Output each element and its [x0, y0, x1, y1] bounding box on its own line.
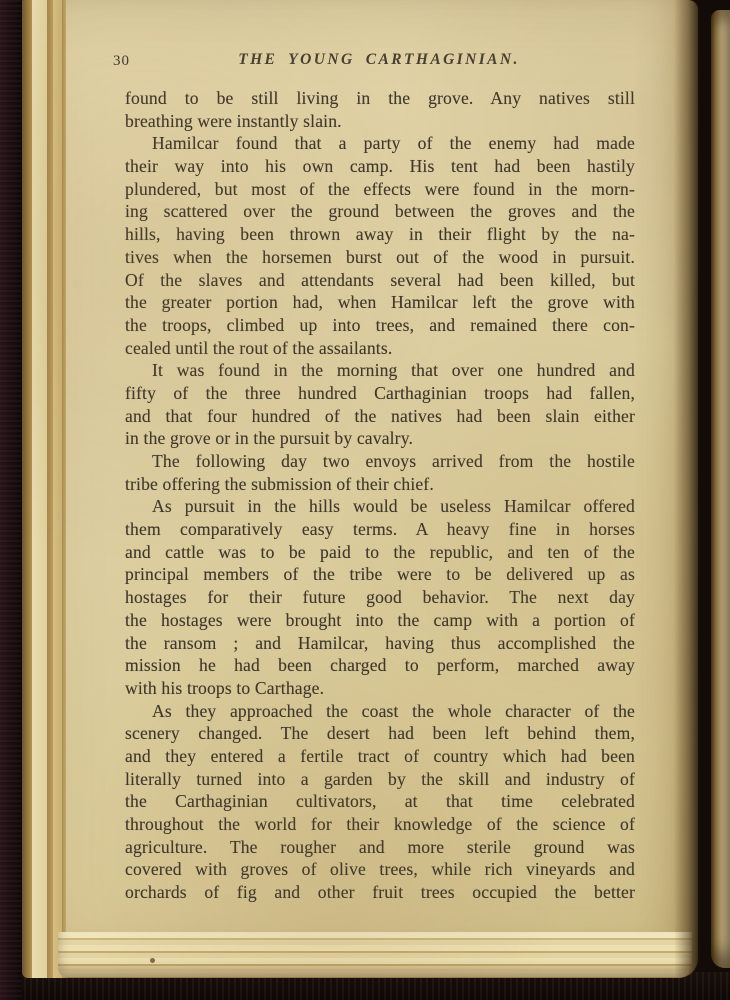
page-number: 30 [113, 53, 130, 70]
text-block: found to be still living in the grove. A… [125, 87, 635, 904]
page-edge-stack [62, 0, 66, 978]
text-line: and they entered a fertile tract of coun… [125, 745, 635, 768]
text-line: found to be still living in the grove. A… [125, 87, 635, 110]
text-line: orchards of fig and other fruit trees oc… [125, 881, 635, 904]
text-line: scenery changed. The desert had been lef… [125, 722, 635, 745]
text-line: the greater portion had, when Hamilcar l… [125, 291, 635, 314]
text-line: throughout the world for their knowledge… [125, 813, 635, 836]
text-line: the hostages were brought into the camp … [125, 609, 635, 632]
text-line: agriculture. The rougher and more steril… [125, 836, 635, 859]
text-line: literally turned into a garden by the sk… [125, 768, 635, 791]
text-line: principal members of the tribe were to b… [125, 563, 635, 586]
text-line: covered with groves of olive trees, whil… [125, 858, 635, 881]
text-line: Hamilcar found that a party of the enemy… [125, 132, 635, 155]
text-line: tives when the horsemen burst out of the… [125, 246, 635, 269]
text-line: the troops, climbed up into trees, and r… [125, 314, 635, 337]
page-edge-stack [53, 0, 62, 978]
running-title: THE YOUNG CARTHAGINIAN. [125, 51, 633, 69]
page-header: 30 THE YOUNG CARTHAGINIAN. [125, 51, 633, 73]
book-page: 30 THE YOUNG CARTHAGINIAN. found to be s… [22, 0, 698, 978]
text-line: Of the slaves and attendants several had… [125, 269, 635, 292]
text-line: breathing were instantly slain. [125, 110, 635, 133]
text-line: the Carthaginian cultivators, at that ti… [125, 790, 635, 813]
text-line: tribe offering the submission of their c… [125, 473, 635, 496]
text-line: plundered, but most of the effects were … [125, 178, 635, 201]
page-edge-stack [32, 0, 47, 978]
text-line: with his troops to Carthage. [125, 677, 635, 700]
text-line: them comparatively easy terms. A heavy f… [125, 518, 635, 541]
paper-speck [150, 958, 155, 963]
book-cover-edge [0, 0, 22, 1000]
gutter-shadow [674, 0, 700, 978]
text-line: hostages for their future good behavior.… [125, 586, 635, 609]
adjacent-page-sliver [711, 10, 730, 968]
text-line: hills, having been thrown away in their … [125, 223, 635, 246]
text-line: in the grove or in the pursuit by cavalr… [125, 427, 635, 450]
text-line: The following day two envoys arrived fro… [125, 450, 635, 473]
text-line: the ransom ; and Hamilcar, having thus a… [125, 632, 635, 655]
text-line: It was found in the morning that over on… [125, 359, 635, 382]
book-stage: 30 THE YOUNG CARTHAGINIAN. found to be s… [0, 0, 730, 1000]
text-line: ing scattered over the ground between th… [125, 200, 635, 223]
text-line: their way into his own camp. His tent ha… [125, 155, 635, 178]
text-line: cealed until the rout of the assailants. [125, 337, 635, 360]
page-edge-stack [22, 0, 32, 978]
text-line: mission he had been charged to perform, … [125, 654, 635, 677]
text-line: As they approached the coast the whole c… [125, 700, 635, 723]
text-line: As pursuit in the hills would be useless… [125, 495, 635, 518]
text-line: and cattle was to be paid to the republi… [125, 541, 635, 564]
text-line: fifty of the three hundred Carthaginian … [125, 382, 635, 405]
text-line: and that four hundred of the natives had… [125, 405, 635, 428]
page-bottom-edge-stack [58, 932, 692, 978]
